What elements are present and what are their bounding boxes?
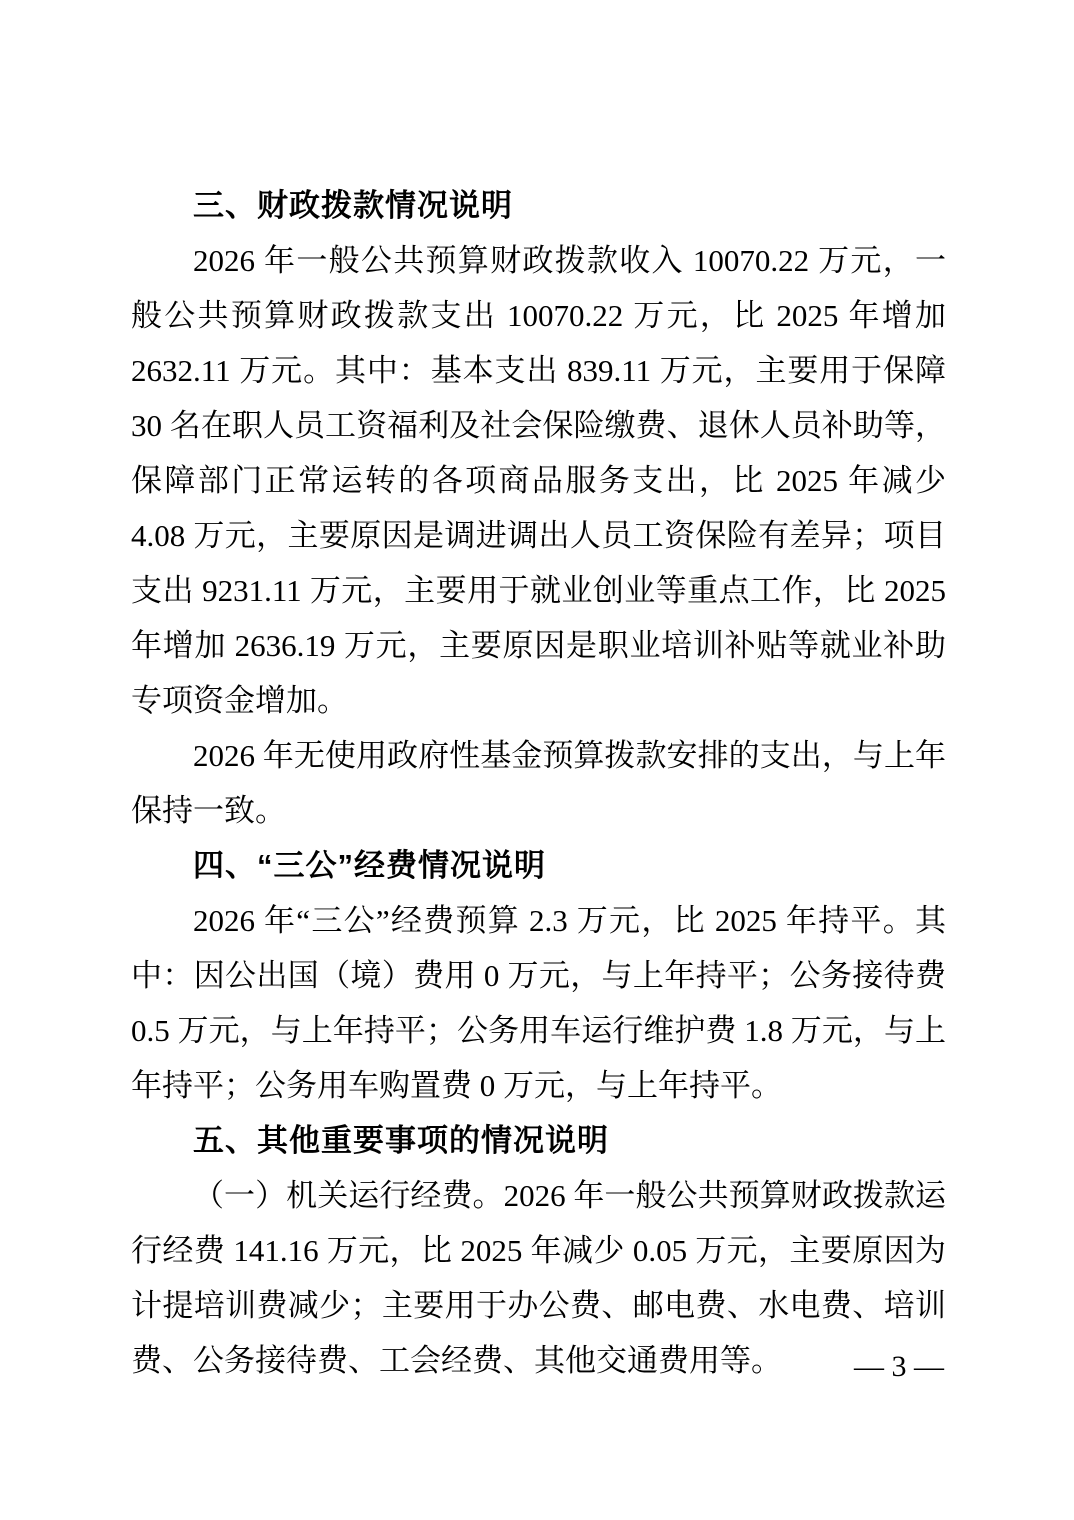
section-heading-other-important-matters: 五、其他重要事项的情况说明: [131, 1113, 946, 1168]
section-heading-three-public-expenses: 四、“三公”经费情况说明: [131, 838, 946, 893]
paragraph-fiscal-allocation-detail: 2026 年一般公共预算财政拨款收入 10070.22 万元，一般公共预算财政拨…: [131, 233, 946, 728]
document-page: 三、财政拨款情况说明 2026 年一般公共预算财政拨款收入 10070.22 万…: [0, 0, 1074, 1520]
paragraph-agency-operating-expenses: （一）机关运行经费。2026 年一般公共预算财政拨款运行经费 141.16 万元…: [131, 1168, 946, 1388]
paragraph-three-public-expenses-detail: 2026 年“三公”经费预算 2.3 万元，比 2025 年持平。其中：因公出国…: [131, 893, 946, 1113]
section-heading-fiscal-allocation: 三、财政拨款情况说明: [131, 178, 946, 233]
document-body: 三、财政拨款情况说明 2026 年一般公共预算财政拨款收入 10070.22 万…: [131, 178, 946, 1388]
paragraph-government-fund-budget: 2026 年无使用政府性基金预算拨款安排的支出，与上年保持一致。: [131, 728, 946, 838]
page-number: — 3 —: [854, 1345, 944, 1389]
